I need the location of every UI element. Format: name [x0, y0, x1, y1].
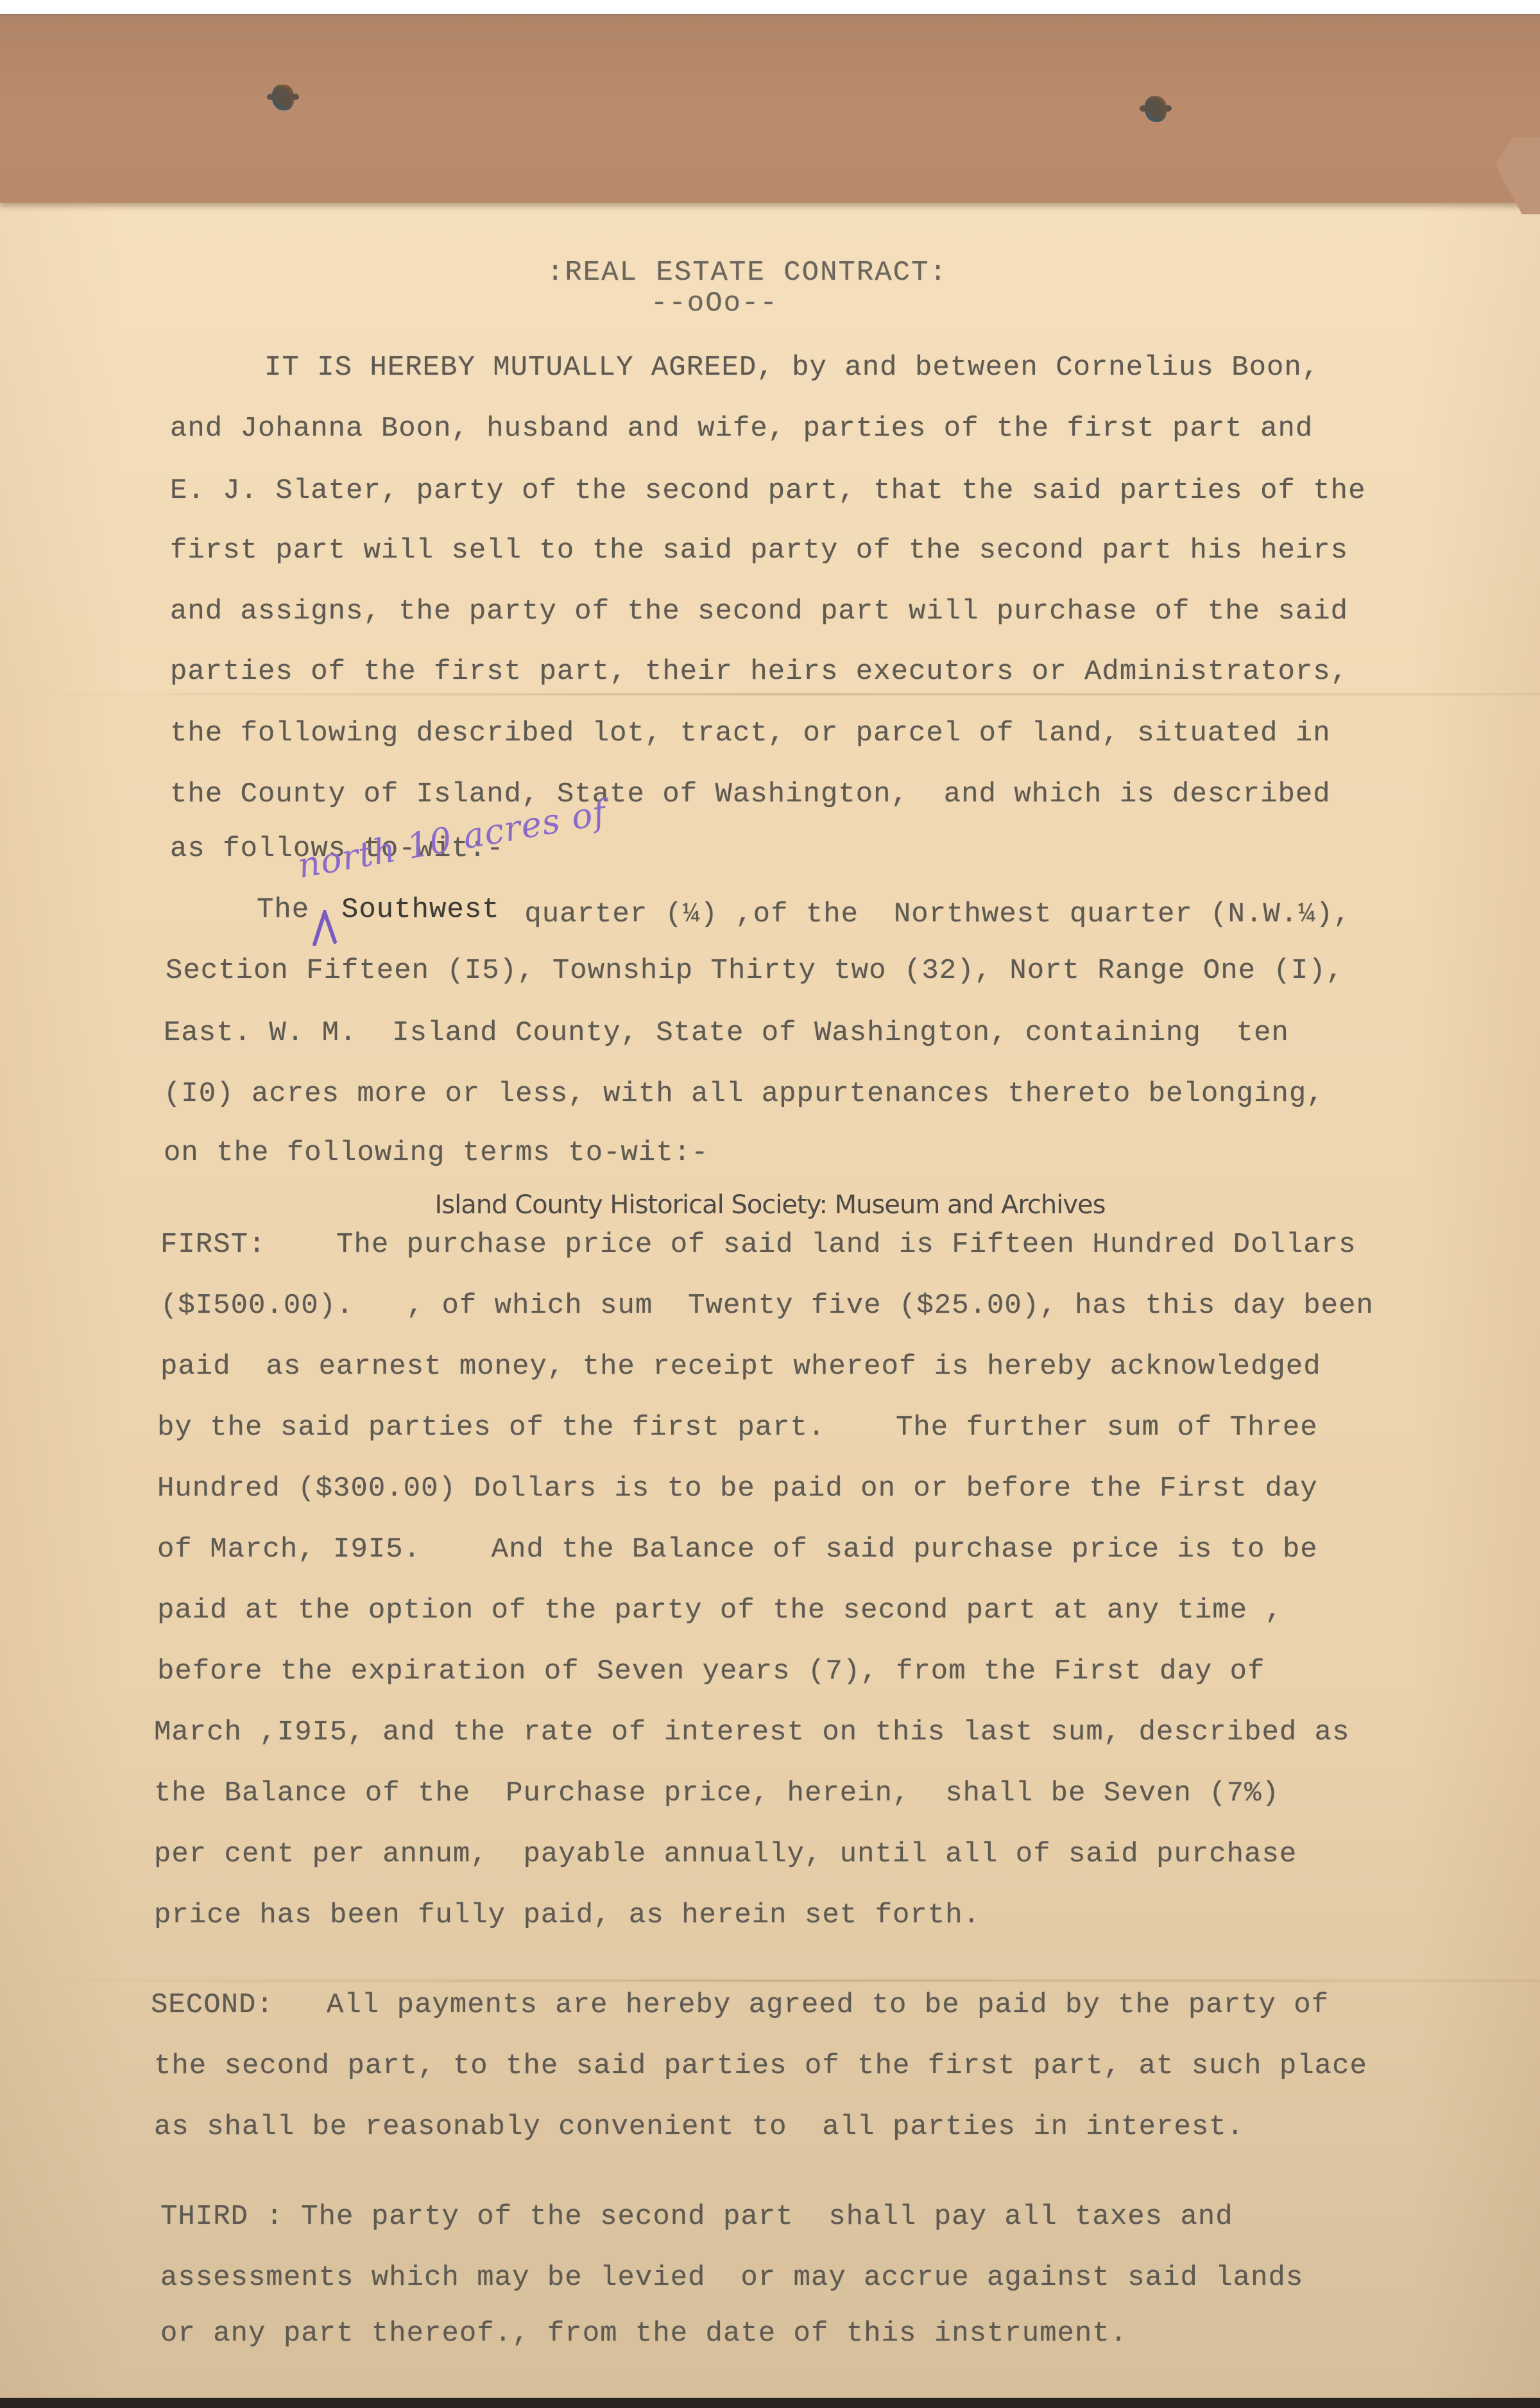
insertion-caret-icon: [312, 910, 338, 946]
document-title: :REAL ESTATE CONTRACT:: [547, 257, 948, 289]
text-line: ($I500.00). , of which sum Twenty five (…: [160, 1290, 1374, 1322]
title-ornament: --oOo--: [651, 287, 778, 320]
text-line: and Johanna Boon, husband and wife, part…: [170, 413, 1313, 445]
text-line: the Balance of the Purchase price, herei…: [154, 1777, 1279, 1809]
text-line: the following described lot, tract, or p…: [170, 717, 1331, 749]
text-line: March ,I9I5, and the rate of interest on…: [154, 1716, 1350, 1748]
folder-backing: [0, 14, 1540, 203]
text-line: of March, I9I5. And the Balance of said …: [157, 1533, 1318, 1566]
text-line: FIRST: The purchase price of said land i…: [160, 1229, 1356, 1261]
text-line: paid as earnest money, the receipt where…: [160, 1351, 1321, 1383]
text-line: East. W. M. Island County, State of Wash…: [164, 1017, 1289, 1049]
text-line: Section Fifteen (I5), Township Thirty tw…: [166, 955, 1344, 987]
text-line: (I0) acres more or less, with all appurt…: [164, 1078, 1324, 1110]
watermark: Island County Historical Society: Museum…: [0, 1190, 1540, 1220]
fastener-icon: [272, 85, 294, 110]
text-line: first part will sell to the said party o…: [170, 534, 1348, 567]
text-line: the County of Island, State of Washingto…: [170, 778, 1331, 810]
text-line: by the said parties of the first part. T…: [157, 1412, 1318, 1444]
text-line: Southwest: [341, 894, 500, 926]
text-line: and assigns, the party of the second par…: [170, 595, 1348, 628]
text-line: before the expiration of Seven years (7)…: [157, 1655, 1265, 1687]
text-line: as shall be reasonably convenient to all…: [154, 2111, 1244, 2143]
text-line: on the following terms to-wit:-: [164, 1137, 709, 1169]
text-line: IT IS HEREBY MUTUALLY AGREED, by and bet…: [264, 352, 1319, 384]
text-line: assessments which may be levied or may a…: [160, 2262, 1303, 2294]
text-line: E. J. Slater, party of the second part, …: [170, 475, 1366, 507]
text-line: SECOND: All payments are hereby agreed t…: [151, 1989, 1329, 2021]
scan-edge: [0, 2398, 1540, 2408]
text-line: parties of the first part, their heirs e…: [170, 656, 1348, 688]
text-line: per cent per annum, payable annually, un…: [154, 1838, 1297, 1870]
text-line: the second part, to the said parties of …: [154, 2050, 1367, 2082]
fastener-icon: [1145, 96, 1167, 122]
text-line: quarter (¼) ,of the Northwest quarter (N…: [507, 898, 1351, 930]
text-line: Hundred ($300.00) Dollars is to be paid …: [157, 1473, 1318, 1505]
text-line: price has been fully paid, as herein set…: [154, 1899, 980, 1931]
text-line: THIRD : The party of the second part sha…: [160, 2201, 1233, 2233]
text-line: paid at the option of the party of the s…: [157, 1594, 1283, 1627]
text-line: or any part thereof., from the date of t…: [160, 2318, 1127, 2350]
paper-crease: [0, 693, 1540, 696]
paper-crease: [0, 1979, 1540, 1982]
